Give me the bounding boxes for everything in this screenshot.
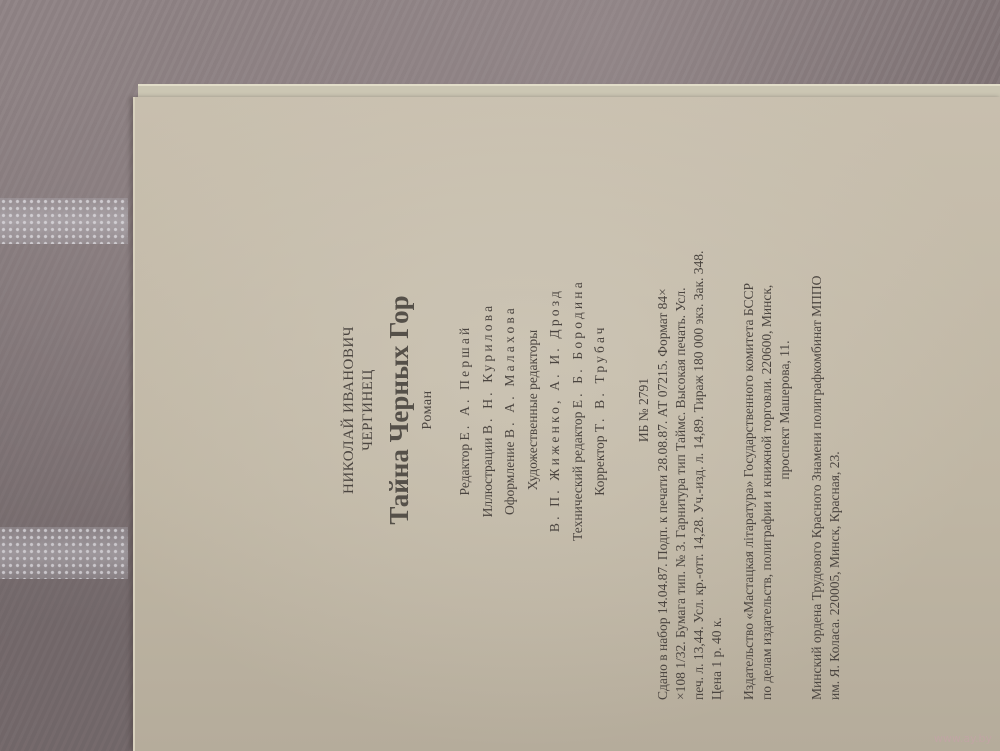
price-line: Цена 1 р. 40 к. <box>708 120 726 700</box>
credit-tech-editor: Технический редактор Е. Б. Бородина <box>567 120 590 700</box>
author-first-names: НИКОЛАЙ ИВАНОВИЧ <box>340 120 359 700</box>
printer-line: им. Я. Коласа. 220005, Минск, Красная, 2… <box>826 120 844 700</box>
sparkle-thread-stripe <box>0 198 128 244</box>
imprint-text-block: НИКОЛАЙ ИВАНОВИЧ ЧЕРГИНЕЦ Тайна Черных Г… <box>340 120 844 700</box>
credit-editor: Редактор Е. А. Першай <box>454 120 477 700</box>
book-genre: Роман <box>418 120 438 700</box>
credits-list: Редактор Е. А. Першай Иллюстрации В. Н. … <box>454 120 612 700</box>
printer-info: Минский ордена Трудового Красного Знамен… <box>808 120 844 700</box>
book-title: Тайна Черных Гор <box>380 120 418 700</box>
print-specs-line: Сдано в набор 14.04.87. Подп. к печати 2… <box>654 120 672 700</box>
publisher-line: по делам издательств, полиграфии и книжн… <box>758 120 776 700</box>
credit-art-editors-names: В. П. Жиженко, А. И. Дрозд <box>544 120 567 700</box>
printer-line: Минский ордена Трудового Красного Знамен… <box>808 120 826 700</box>
print-specs-line: печ. л. 13,44. Усл. кр.-отт. 14,28. Уч.-… <box>690 120 708 700</box>
sparkle-thread-stripe <box>0 527 128 579</box>
author-surname: ЧЕРГИНЕЦ <box>359 120 378 700</box>
credit-art-editors-label: Художественные редакторы <box>522 120 545 700</box>
credit-proofreader: Корректор Т. В. Трубач <box>589 120 612 700</box>
publisher-line: проспект Машерова, 11. <box>776 120 794 700</box>
credit-illustrations: Иллюстрации В. Н. Курилова <box>477 120 500 700</box>
print-specs-line: ×108 1/32. Бумага тип. № 3. Гарнитура ти… <box>672 120 690 700</box>
credit-design: Оформление В. А. Малахова <box>499 120 522 700</box>
print-specs: Сдано в набор 14.04.87. Подп. к печати 2… <box>654 120 726 700</box>
site-watermark: www.ay.by <box>934 732 992 745</box>
publisher-info: Издательство «Мастацкая літаратура» Госу… <box>740 120 794 700</box>
ib-number: ИБ № 2791 <box>634 120 654 700</box>
publisher-line: Издательство «Мастацкая літаратура» Госу… <box>740 120 758 700</box>
